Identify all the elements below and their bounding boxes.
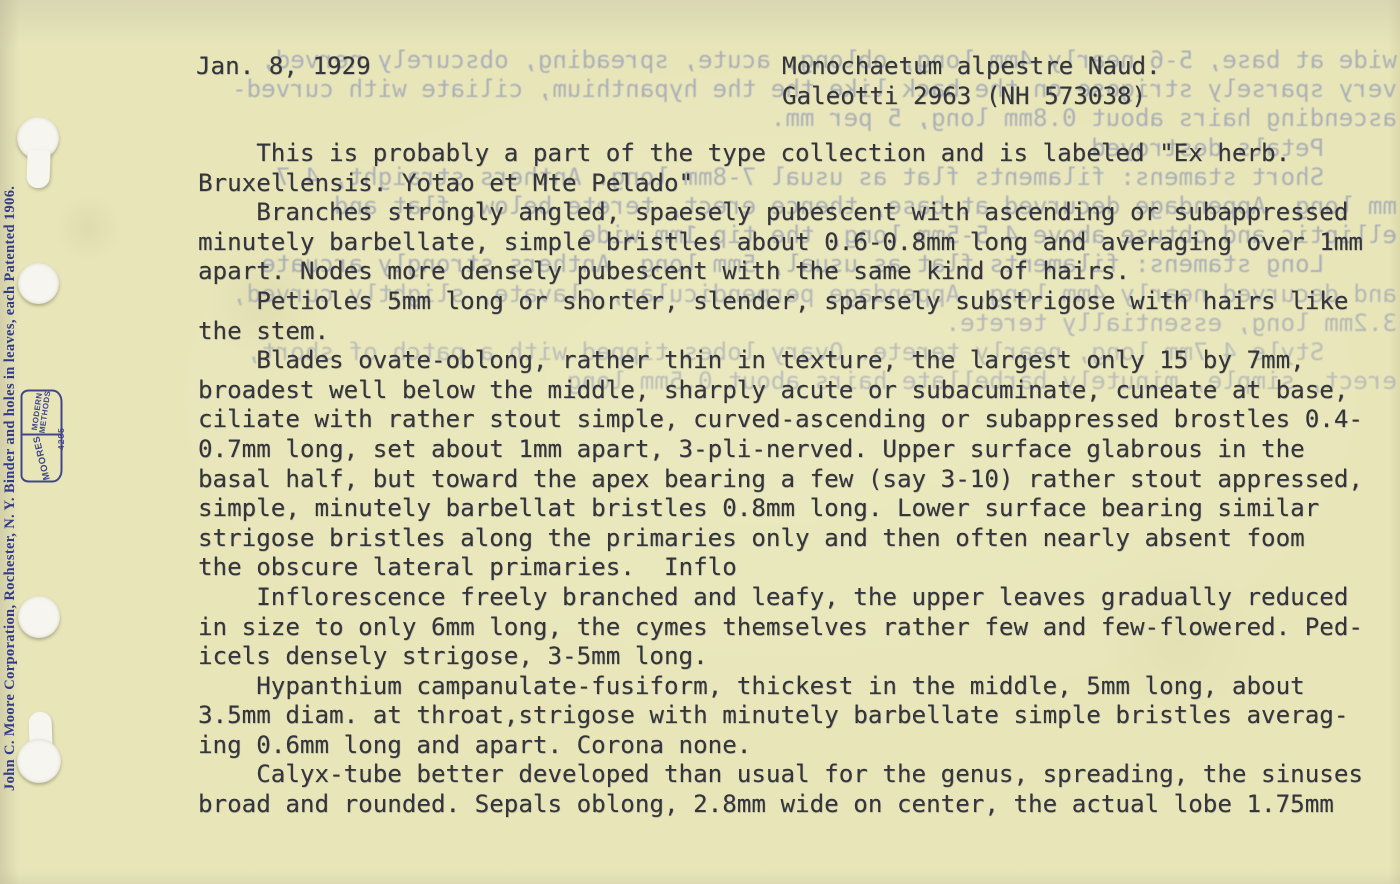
punch-hole-round-lower [18,596,60,638]
typed-line: Calyx-tube better developed than usual f… [198,760,1363,790]
punch-hole-bulb [17,739,61,783]
typed-line: Branches strongly angled, spaesely pubes… [198,198,1363,228]
typed-line: Bruxellensis. Yotao et Mte Pelado" [198,169,1363,199]
punch-hole-stem [26,150,50,189]
description-text: This is probably a part of the type coll… [198,139,1363,820]
typed-line: the stem. [198,317,1363,347]
typed-line: 0.7mm long, set about 1mm apart, 3-pli-n… [198,435,1363,465]
stamp-brand: MOORES [30,434,52,481]
stamp-right-page: MODERN METHODS [22,390,60,433]
typed-line: icels densely strigose, 3-5mm long. [198,642,1363,672]
typed-line: the obscure lateral primaries. Inflo [198,553,1363,583]
typed-line: basal half, but toward the apex bearing … [198,465,1363,495]
typed-line: broad and rounded. Sepals oblong, 2.8mm … [198,790,1363,820]
typed-line: ciliate with rather stout simple, curved… [198,405,1363,435]
stamp-left-page: MOORES [22,433,60,480]
typed-line: minutely barbellate, simple bristles abo… [198,228,1363,258]
typed-line: strigose bristles along the primaries on… [198,524,1363,554]
typed-line: in size to only 6mm long, the cymes them… [198,613,1363,643]
document-page: wide at base, 5-6 nearly 4mm long, oblon… [0,0,1400,884]
binder-imprint-text: John C. Moore Corporation, Rochester, N.… [2,186,19,791]
typed-line: Petioles 5mm long or shorter, slender, s… [198,287,1363,317]
typed-line: 3.5mm diam. at throat,strigose with minu… [198,701,1363,731]
punch-hole-round-upper [18,263,59,304]
specimen-header: Monochaetum alpestre Naud. Galeotti 2963… [782,52,1161,111]
typed-line: ing 0.6mm long and apart. Corona none. [198,731,1363,761]
ghost-line: ascending hairs about 0.8mm long, 5 per … [130,104,1397,133]
typed-line: Blades ovate-oblong, rather thin in text… [198,346,1363,376]
typed-line: Hypanthium campanulate-fusiform, thickes… [198,672,1363,702]
stamp-number: 4285 [56,427,66,450]
typed-line: simple, minutely barbellat bristles 0.8m… [198,494,1363,524]
typed-line: broadest well below the middle, sharply … [198,376,1363,406]
accession-number: Galeotti 2963 (NH 573038) [782,82,1161,112]
typed-line: This is probably a part of the type coll… [198,139,1363,169]
taxon-name: Monochaetum alpestre Naud. [782,52,1161,82]
date-line: Jan. 8, 1929 [196,52,371,82]
typed-line: Inflorescence freely branched and leafy,… [198,583,1363,613]
typed-line: apart. Nodes more densely pubescent with… [198,257,1363,287]
